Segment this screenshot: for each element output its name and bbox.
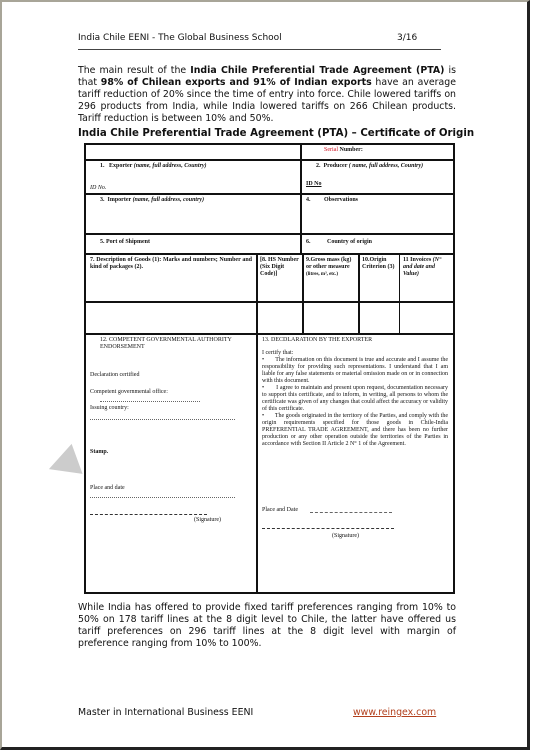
- invoices-header: 11 Invoices (N° and date and Value): [403, 257, 451, 278]
- exporter-declaration-title: 13. DECDLARATION BY THE EXPORTER: [262, 337, 448, 344]
- declaration-item-1: • The information on this document is tr…: [262, 357, 448, 385]
- producer-id-label: ID No: [306, 181, 322, 187]
- intro-paragraph: The main result of the India Chile Prefe…: [78, 65, 456, 125]
- section-title: India Chile Preferential Trade Agreement…: [78, 128, 474, 139]
- footer-text: Master in International Business EENI: [78, 707, 253, 718]
- gross-mass-header: 9.Gross mass (kg) or other measure (litr…: [306, 257, 356, 278]
- intro-text-1: The main result of the: [78, 65, 190, 76]
- footer-website-link[interactable]: www.reingex.com: [353, 707, 436, 718]
- governmental-office-label: Competent governmental office:: [90, 389, 168, 395]
- authority-signature-label: (Signature): [194, 517, 221, 523]
- issuing-country-label: Issuing country:: [90, 405, 129, 411]
- hs-number-header: [8. HS Number (Six Digit Code)]: [260, 257, 300, 278]
- intro-bold-2: 98% of Chilean exports and 91% of Indian…: [101, 77, 372, 88]
- closing-paragraph: While India has offered to provide fixed…: [78, 602, 456, 650]
- authority-endorsement-title: 12. COMPETENT GOVERNMENTAL AUTHORITY END…: [100, 337, 250, 351]
- exporter-id-label: ID No.: [90, 185, 106, 191]
- origin-criterion-header: 10.Origin Criterion (3): [362, 257, 398, 271]
- importer-label: 3. Importer (name, full address, country…: [100, 197, 204, 203]
- producer-label: 2. Producer ( name, full address, Countr…: [316, 163, 423, 169]
- certify-label: I certify that:: [262, 350, 448, 357]
- stamp-label: Stamp.: [90, 449, 108, 455]
- intro-bold-1: India Chile Preferential Trade Agreement…: [190, 65, 444, 76]
- header-divider: [78, 49, 441, 50]
- exporter-declaration: 13. DECDLARATION BY THE EXPORTER I certi…: [262, 337, 448, 448]
- place-and-date-label: Place and date: [90, 485, 125, 491]
- exporter-label: 1. Exporter (name, full address, Country…: [100, 163, 207, 169]
- exporter-signature-label: (Signature): [332, 533, 359, 539]
- header-title: India Chile EENI - The Global Business S…: [78, 33, 282, 43]
- certificate-of-origin-form: Serial Number: 1. Exporter (name, full a…: [84, 143, 455, 594]
- exporter-place-date-label: Place and Date: [262, 507, 298, 513]
- country-of-origin-label: 6. Country of origin: [306, 239, 372, 245]
- page-number: 3/16: [397, 33, 417, 43]
- declaration-certified-label: Declaration certified: [90, 372, 139, 378]
- declaration-item-2: • I agree to maintain and present upon r…: [262, 385, 448, 413]
- declaration-item-3: • The goods originated in the territory …: [262, 413, 448, 448]
- port-of-shipment-label: 5. Port of Shipment: [100, 239, 150, 245]
- serial-number-label: Serial Number:: [324, 147, 363, 153]
- goods-description-header: 7. Description of Goods (1): Marks and n…: [90, 257, 252, 271]
- observations-label: 4. Observations: [306, 197, 358, 203]
